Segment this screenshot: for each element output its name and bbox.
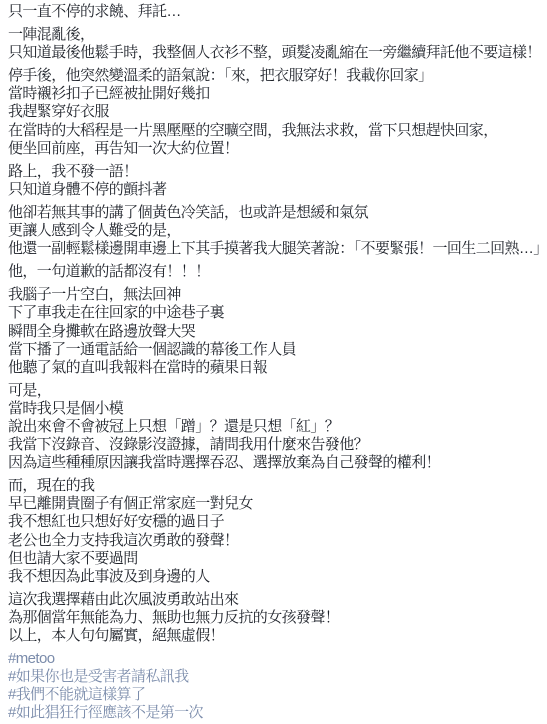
post-paragraph: 而，現在的我早已離開貴圈子有個正常家庭一對兒女我不想紅也只想好好安穩的過日子老公… <box>8 477 539 586</box>
post-line: 只知道最後他鬆手時，我整個人衣衫不整，頭髮凌亂縮在一旁繼續拜託他不要這樣！ <box>8 44 539 62</box>
post-line: 為那個當年無能為力、無助也無力反抗的女孩發聲！ <box>8 609 539 627</box>
post-line: 我腦子一片空白，無法回神 <box>8 286 539 304</box>
post-line: 這次我選擇藉由此次風波勇敢站出來 <box>8 591 539 609</box>
post-paragraph: 路上，我不發一語！只知道身體不停的顫抖著 <box>8 163 539 199</box>
post-paragraph: 這次我選擇藉由此次風波勇敢站出來為那個當年無能為力、無助也無力反抗的女孩發聲！以… <box>8 591 539 645</box>
post-line: 便坐回前座，再告知一次大約位置！ <box>8 140 539 158</box>
hashtag-link[interactable]: #metoo <box>8 650 539 668</box>
post-line: 我當下沒錄音、沒錄影沒證據，請問我用什麼來告發他？ <box>8 436 539 454</box>
post-paragraph: 可是，當時我只是個小模說出來會不會被冠上只想「蹭」？還是只想「紅」？我當下沒錄音… <box>8 382 539 472</box>
post-line: 當時襯衫扣子已經被扯開好幾扣 <box>8 85 539 103</box>
post-line: 可是， <box>8 382 539 400</box>
post-paragraph: 只一直不停的求饒、拜託… <box>8 3 539 21</box>
post-line: 老公也全力支持我這次勇敢的發聲！ <box>8 532 539 550</box>
post-line: 他聽了氣的直叫我報料在當時的蘋果日報 <box>8 359 539 377</box>
post-paragraph: 我腦子一片空白，無法回神下了車我走在往回家的中途巷子裏瞬間全身攤軟在路邊放聲大哭… <box>8 286 539 376</box>
post-line: 因為這些種種原因讓我當時選擇吞忍、選擇放棄為自己發聲的權利！ <box>8 454 539 472</box>
post-line: 停手後，他突然變溫柔的語氣說：「來，把衣服穿好！我載你回家」 <box>8 67 539 85</box>
post-line: 他還一副輕鬆樣邊開車邊上下其手摸著我大腿笑著說：「不要緊張！一回生二回熟…」 <box>8 240 539 258</box>
post-line: 當時我只是個小模 <box>8 400 539 418</box>
post-body: 只一直不停的求饒、拜託…一陣混亂後，只知道最後他鬆手時，我整個人衣衫不整，頭髮凌… <box>0 0 547 722</box>
post-line: 早已離開貴圈子有個正常家庭一對兒女 <box>8 495 539 513</box>
post-line: 說出來會不會被冠上只想「蹭」？還是只想「紅」？ <box>8 418 539 436</box>
post-line: 更讓人感到令人難受的是， <box>8 222 539 240</box>
post-paragraph: 停手後，他突然變溫柔的語氣說：「來，把衣服穿好！我載你回家」當時襯衫扣子已經被扯… <box>8 67 539 157</box>
post-line: 我不想因為此事波及到身邊的人 <box>8 568 539 586</box>
post-line: 他卻若無其事的講了個黃色冷笑話，也或許是想緩和氣氛 <box>8 204 539 222</box>
hashtag-block: #metoo#如果你也是受害者請私訊我#我們不能就這樣算了#如此猖狂行徑應該不是… <box>8 650 539 722</box>
post-line: 瞬間全身攤軟在路邊放聲大哭 <box>8 323 539 341</box>
post-line: 一陣混亂後， <box>8 26 539 44</box>
post-line: 以上，本人句句屬實，絕無虛假！ <box>8 627 539 645</box>
post-line: 我不想紅也只想好好安穩的過日子 <box>8 513 539 531</box>
post-line: 只一直不停的求饒、拜託… <box>8 3 539 21</box>
hashtag-link[interactable]: #如果你也是受害者請私訊我 <box>8 668 539 686</box>
facebook-post-screenshot: { "post": { "paragraphs": [ ["只一直不停的求饒、拜… <box>0 0 547 724</box>
post-line: 而，現在的我 <box>8 477 539 495</box>
post-line: 路上，我不發一語！ <box>8 163 539 181</box>
post-line: 在當時的大稻程是一片黑壓壓的空曠空間，我無法求救，當下只想趕快回家， <box>8 122 539 140</box>
hashtag-link[interactable]: #我們不能就這樣算了 <box>8 686 539 704</box>
post-line: 他，一句道歉的話都沒有！！！ <box>8 263 539 281</box>
hashtag-link[interactable]: #如此猖狂行徑應該不是第一次 <box>8 704 539 722</box>
post-paragraphs: 只一直不停的求饒、拜託…一陣混亂後，只知道最後他鬆手時，我整個人衣衫不整，頭髮凌… <box>8 3 539 645</box>
post-line: 當下播了一通電話給一個認識的幕後工作人員 <box>8 341 539 359</box>
post-line: 但也請大家不要過問 <box>8 550 539 568</box>
post-line: 下了車我走在往回家的中途巷子裏 <box>8 304 539 322</box>
post-line: 只知道身體不停的顫抖著 <box>8 181 539 199</box>
post-paragraph: 他卻若無其事的講了個黃色冷笑話，也或許是想緩和氣氛更讓人感到令人難受的是，他還一… <box>8 204 539 258</box>
post-line: 我趕緊穿好衣服 <box>8 103 539 121</box>
post-paragraph: 他，一句道歉的話都沒有！！！ <box>8 263 539 281</box>
post-paragraph: 一陣混亂後，只知道最後他鬆手時，我整個人衣衫不整，頭髮凌亂縮在一旁繼續拜託他不要… <box>8 26 539 62</box>
